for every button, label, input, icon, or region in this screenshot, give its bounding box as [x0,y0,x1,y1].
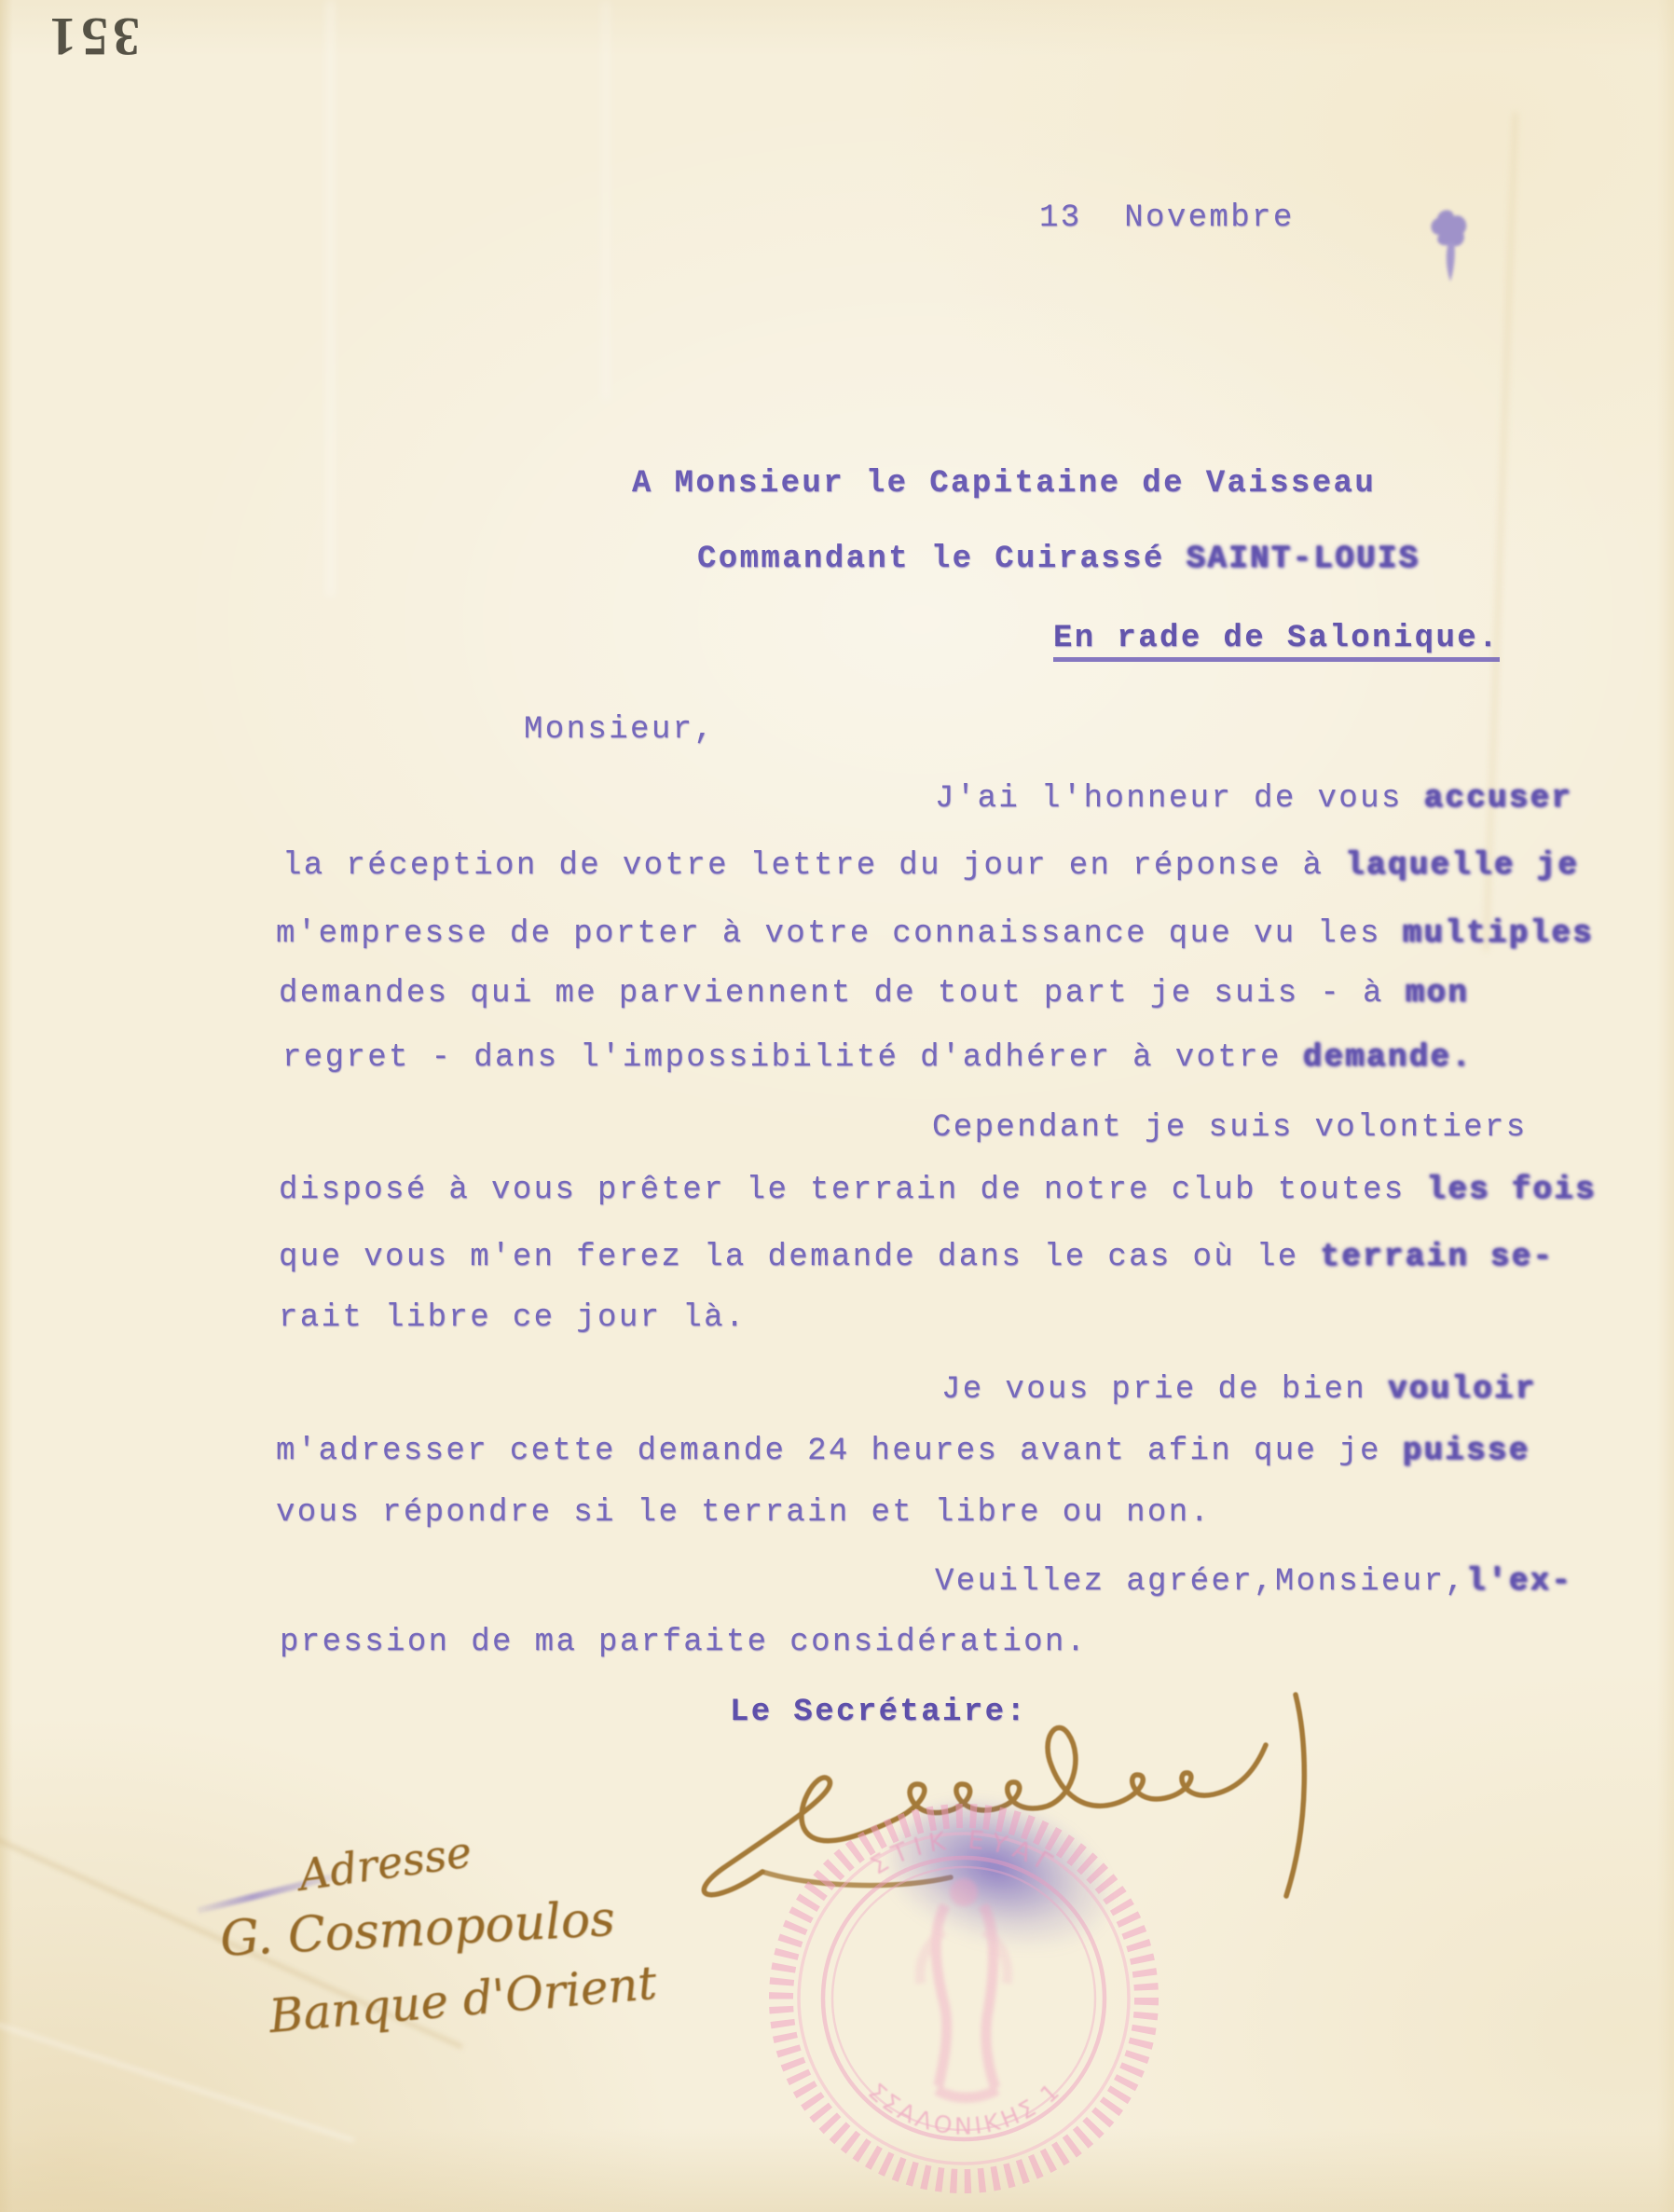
body-line: J'ai l'honneur de vous accuser [935,783,1572,815]
scanned-letter-page: 351 13 Novembre A Monsieur le Capitaine … [0,0,1674,2212]
recipient-line-2: Commandant le Cuirassé SAINT-LOUIS [697,543,1420,575]
body-line: m'adresser cette demande 24 heures avant… [276,1436,1530,1467]
body-line: demandes qui me parviennent de tout part… [279,978,1469,1010]
annotation-name: G. Cosmopoulos [219,1891,616,1968]
body-line: que vous m'en ferez la demande dans le c… [279,1242,1554,1273]
ship-name: SAINT-LOUIS [1186,542,1420,577]
paper-crease [328,0,333,597]
body-line: m'empresse de porter à votre connaissanc… [276,918,1594,950]
annotation-adresse: Adresse [295,1826,474,1900]
body-line: la réception de votre lettre du jour en … [282,850,1579,882]
folio-number: 351 [45,6,140,68]
recipient-line-1: A Monsieur le Capitaine de Vaisseau [632,468,1376,500]
body-line: regret - dans l'impossibilité d'adhérer … [282,1042,1473,1074]
salutation: Monsieur, [524,714,715,746]
ink-blot [1424,198,1471,283]
body-line: Cependant je suis volontiers [932,1112,1528,1144]
body-line: rait libre ce jour là. [279,1302,747,1334]
annotation-bank: Banque d'Orient [267,1956,658,2043]
body-line: Veuillez agréer,Monsieur,l'ex- [935,1566,1572,1598]
paper-crease [604,0,608,401]
body-line: pression de ma parfaite considération. [280,1627,1088,1658]
body-line: disposé à vous prêter le terrain de notr… [279,1175,1597,1206]
paper-crease [1484,112,1516,951]
body-line: Je vous prie de bien vouloir [941,1374,1537,1406]
recipient-place: En rade de Salonique. [1053,623,1500,662]
letter-date: 13 Novembre [1039,202,1295,234]
club-seal-stamp: ΣΤΙΚ ΕΥΑΓ ΘΕΣΣΑΛΟΝΙΚΗΣ 190 [757,1792,1172,2206]
body-line: vous répondre si le terrain et libre ou … [276,1497,1211,1529]
recipient-line-2-text: Commandant le Cuirassé [697,542,1186,577]
